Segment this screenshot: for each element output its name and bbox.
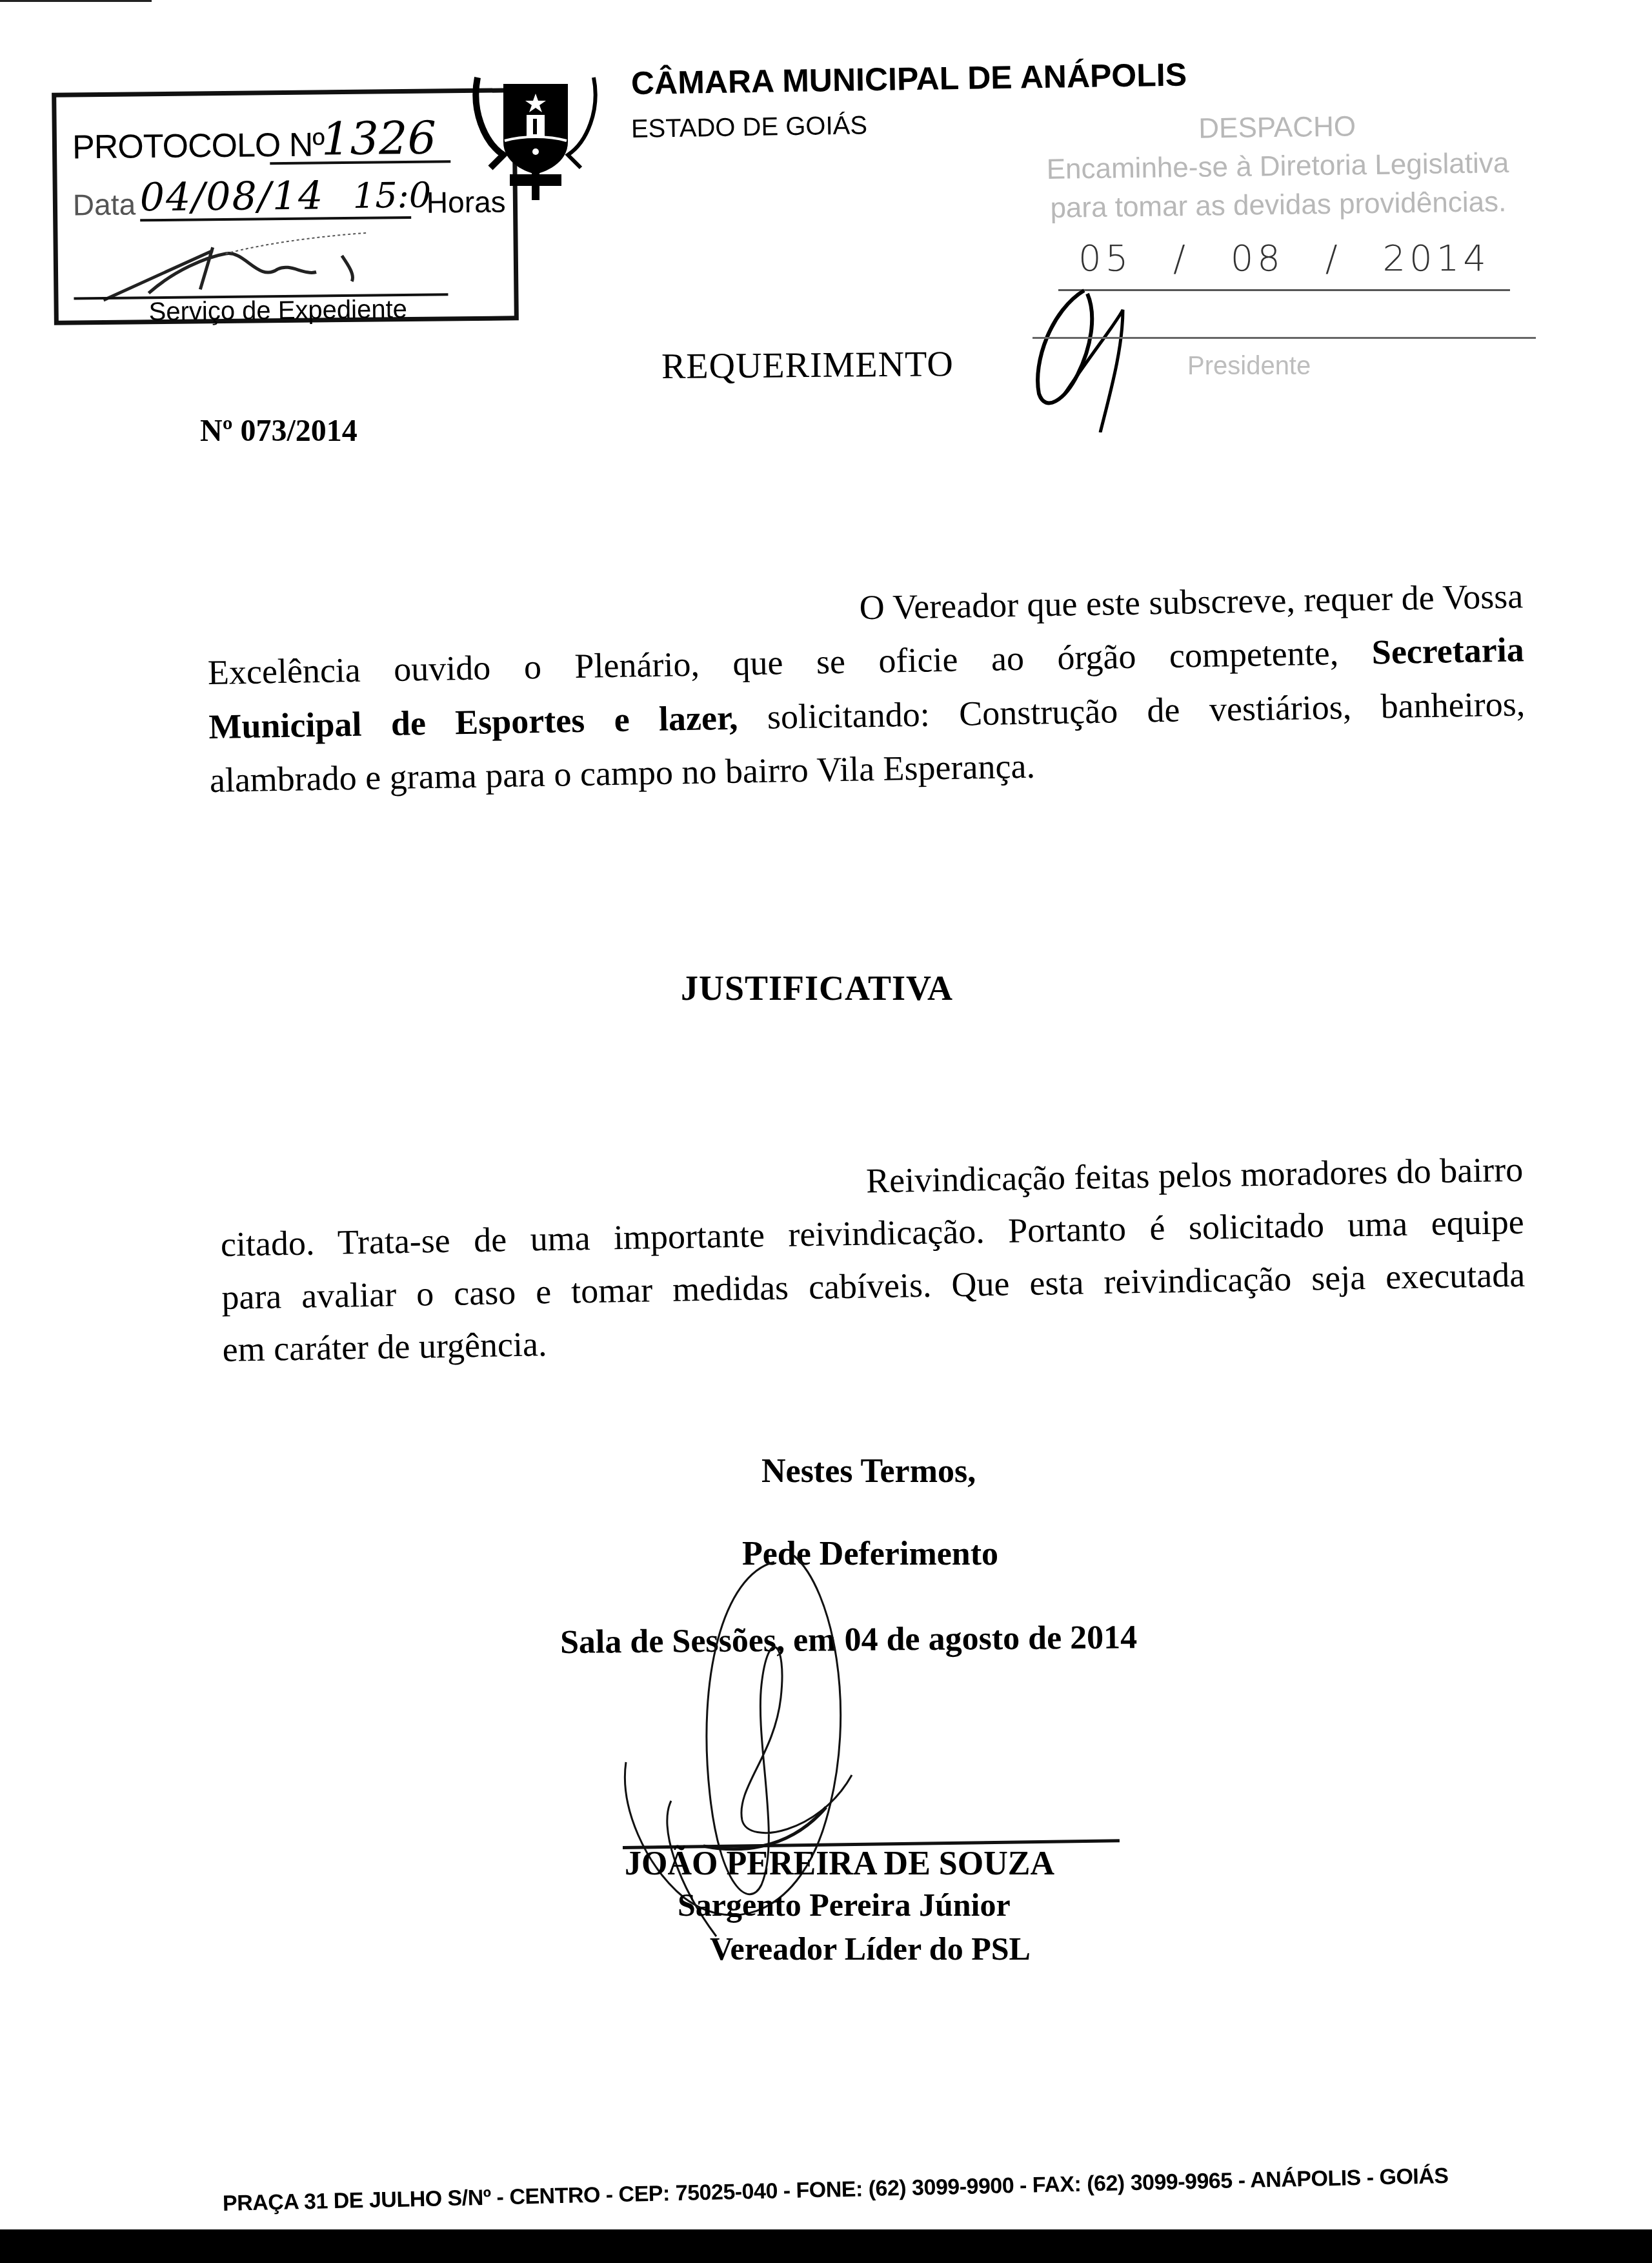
request-line-1: O Vereador que este subscreve, requer de…: [206, 577, 1524, 638]
signer-alias: Sargento Pereira Júnior: [678, 1886, 1011, 1923]
despacho-title: DESPACHO: [1019, 105, 1536, 150]
justification-line-2: citado. Trata-se de uma importante reivi…: [220, 1203, 1524, 1264]
justification-line-3: para avaliar o caso e tomar medidas cabí…: [221, 1256, 1526, 1317]
despacho-line-2: para tomar as devidas providências.: [1020, 182, 1536, 228]
request-line-2: Excelência ouvido o Plenário, que se ofi…: [207, 631, 1524, 693]
justification-paragraph: Reivindicação feitas pelos moradores do …: [219, 1151, 1526, 1384]
despacho-line-1: Encaminhe-se à Diretoria Legislativa: [1020, 143, 1536, 189]
signer-name: JOÃO PEREIRA DE SOUZA: [625, 1845, 1054, 1883]
coat-of-arms-icon: [465, 58, 607, 200]
protocol-stamp: PROTOCOLO Nº 1326 Data 04/08/14 15:0 Hor…: [52, 88, 519, 325]
request-line-4: alambrado e grama para o campo no bairro…: [209, 739, 1526, 800]
president-signature-icon: [1026, 284, 1155, 432]
despacho-date: 05 / 08 / 2014: [1058, 238, 1510, 279]
scan-bottom-edge: [0, 2229, 1652, 2263]
request-paragraph: O Vereador que este subscreve, requer de…: [206, 577, 1527, 815]
document-title: REQUERIMENTO: [661, 343, 954, 387]
stamp-date: 04/08/14: [139, 173, 324, 220]
request-line-3: Municipal de Esportes e lazer, solicitan…: [208, 685, 1526, 746]
justification-heading: JUSTIFICATIVA: [681, 968, 953, 1008]
scan-edge-rule: [0, 0, 152, 2]
president-signature-line: [1032, 337, 1536, 339]
document-number: Nº 073/2014: [200, 413, 358, 449]
president-label: Presidente: [1187, 352, 1311, 381]
closing-formula: Nestes Termos,: [761, 1452, 976, 1490]
justification-line-1: Reivindicação feitas pelos moradores do …: [219, 1151, 1524, 1212]
justification-line-4: em caráter de urgência.: [222, 1308, 1526, 1370]
despacho-stamp: DESPACHO Encaminhe-se à Diretoria Legisl…: [1019, 105, 1536, 228]
signer-role: Vereador Líder do PSL: [710, 1930, 1031, 1967]
footer-address: PRAÇA 31 DE JULHO S/Nº - CENTRO - CEP: 7…: [223, 2164, 1449, 2217]
institution-name: CÂMARA MUNICIPAL DE ANÁPOLIS: [631, 56, 1187, 102]
clerk-signature-icon: [96, 228, 458, 303]
date-label: Data: [73, 187, 136, 222]
protocol-label: PROTOCOLO Nº: [72, 125, 325, 167]
stamp-time: 15:0: [353, 175, 432, 216]
state-name: ESTADO DE GOIÁS: [631, 111, 868, 144]
signature-caption: Serviço de Expediente: [148, 295, 407, 327]
protocol-number: 1326: [321, 112, 436, 166]
